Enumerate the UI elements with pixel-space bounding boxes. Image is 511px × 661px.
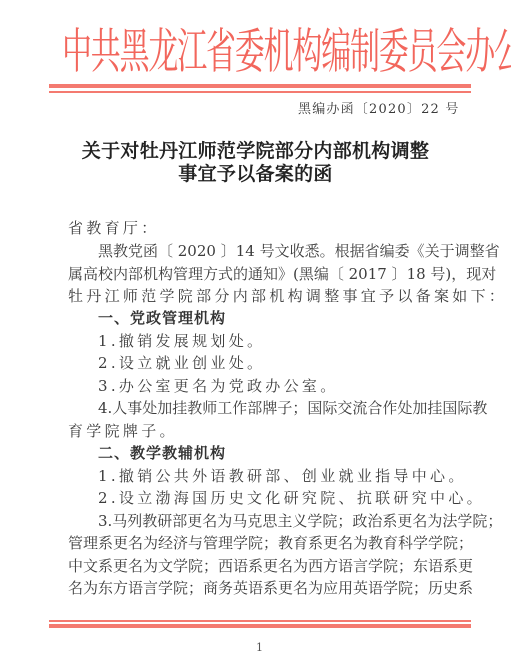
intro-line: 属高校内部机构管理方式的通知》(黑编〔 2017 〕18 号)，现对 xyxy=(68,263,450,285)
addressee: 省教育厅： xyxy=(68,217,450,239)
intro-line: 黑教党函〔 2020 〕14 号文收悉。根据省编委《关于调整省 xyxy=(98,240,450,262)
section-item: 1.撤销发展规划处。 xyxy=(98,330,450,352)
section-heading: 一、党政管理机构 xyxy=(98,307,450,329)
section-item-continuation: 育学院牌子。 xyxy=(68,420,450,442)
intro-line: 牡丹江师范学院部分内部机构调整事宜予以备案如下： xyxy=(68,285,450,307)
header-rule-thin xyxy=(49,91,471,93)
header-rule-thick xyxy=(49,84,471,88)
section-item-continuation: 管理系更名为经济与管理学院；教育系更名为教育科学学院； xyxy=(68,532,450,554)
section-item: 2.设立就业创业处。 xyxy=(98,352,450,374)
document-title-line-2: 事宜予以备案的函 xyxy=(0,159,511,186)
section-item: 3.马列教研部更名为马克思主义学院；政治系更名为法学院； xyxy=(98,510,450,532)
section-item-continuation: 中文系更名为文学院；西语系更名为西方语言学院；东语系更 xyxy=(68,555,450,577)
footer-rule-thick xyxy=(49,624,471,628)
footer-rule-thin xyxy=(49,620,471,622)
section-item: 2.设立渤海国历史文化研究院、抗联研究中心。 xyxy=(98,487,450,509)
section-heading: 二、教学教辅机构 xyxy=(98,442,450,464)
section-item: 3.办公室更名为党政办公室。 xyxy=(98,375,450,397)
document-number: 黑编办函〔2020〕22 号 xyxy=(298,98,460,117)
section-item: 4.人事处加挂教师工作部牌子；国际交流合作处加挂国际教 xyxy=(98,397,450,419)
page-number: 1 xyxy=(256,641,263,654)
section-item: 1.撤销公共外语教研部、创业就业指导中心。 xyxy=(98,465,450,487)
section-item-continuation: 名为东方语言学院；商务英语系更名为应用英语学院；历史系 xyxy=(68,577,450,599)
